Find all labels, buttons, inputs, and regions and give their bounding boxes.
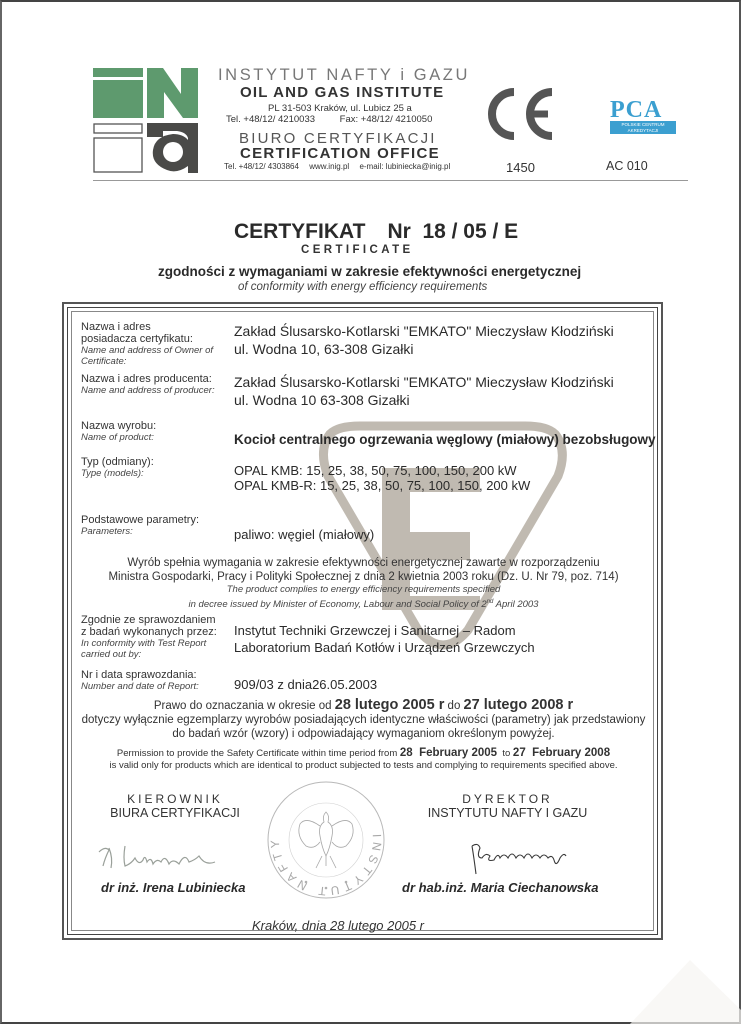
producer-address: ul. Wodna 10 63-308 Gizałki — [234, 391, 614, 409]
product-label-pl: Nazwa wyrobu: — [81, 420, 156, 432]
validity-scope-en: is valid only for products which are ide… — [66, 760, 661, 772]
signature-lubiniecka — [95, 838, 230, 876]
certificate-title: CERTYFIKATNr 18 / 05 / E — [234, 220, 518, 244]
validity-mid-en: to — [497, 748, 513, 759]
signatory-right-title-2: INSTYTUTU NAFTY I GAZU — [420, 806, 595, 820]
notified-body-number: 1450 — [506, 160, 535, 175]
owner-label-pl-1: Nazwa i adres — [81, 321, 213, 333]
conformity-statement-en: of conformity with energy efficiency req… — [238, 281, 487, 293]
institute-phone: Tel. +48/12/ 4210033 — [226, 114, 315, 125]
email-link[interactable]: e-mail: lubiniecka@inig.pl — [359, 162, 450, 171]
validity-period-en: Permission to provide the Safety Certifi… — [66, 747, 661, 760]
test-lab-label-pl-1: Zgodnie ze sprawozdaniem — [81, 614, 217, 626]
place-and-date: Kraków, dnia 28 lutego 2005 r — [252, 918, 424, 933]
parameters-label-en: Parameters: — [81, 526, 199, 537]
report-label-pl: Nr i data sprawozdania: — [81, 669, 199, 681]
institute-name-pl: INSTYTUT NAFTY i GAZU — [218, 66, 470, 85]
institute-fax: Fax: +48/12/ 4210050 — [340, 114, 433, 125]
decree-en-line-2: in decree issued by Minister of Economy,… — [66, 596, 661, 611]
validity-mid-pl: do — [444, 700, 463, 712]
ce-mark-icon — [484, 86, 556, 142]
signatory-right-title-1: DYREKTOR — [420, 792, 595, 806]
model-opal-kmb-r: OPAL KMB-R: 15, 25, 38, 50, 75, 100, 150… — [234, 478, 530, 493]
owner-address: ul. Wodna 10, 63-308 Gizałki — [234, 340, 614, 358]
certificate-heading: CERTYFIKAT — [234, 220, 365, 243]
signatory-left-name: dr inż. Irena Lubiniecka — [101, 880, 245, 895]
validity-statement-pl: Prawo do oznaczania w okresie od 28 lute… — [66, 698, 661, 741]
office-name-en: CERTIFICATION OFFICE — [240, 145, 440, 162]
parameters-label: Podstawowe parametry: Parameters: — [81, 514, 199, 537]
decree-statement: Wyrób spełnia wymagania w zakresie efekt… — [66, 556, 661, 611]
svg-text:INSTYTUT NAFTY I GAZU: INSTYTUT NAFTY I GAZU — [266, 780, 384, 898]
report-label-en: Number and date of Report: — [81, 681, 199, 692]
valid-from-en: 28 February 2005 — [400, 747, 497, 759]
owner-value: Zakład Ślusarsko-Kotlarski "EMKATO" Miec… — [234, 322, 614, 358]
decree-en-date: April 2003 — [493, 599, 538, 610]
owner-label-en-2: Certificate: — [81, 356, 213, 367]
owner-label-pl-2: posiadacza certyfikatu: — [81, 333, 213, 345]
decree-en-text: in decree issued by Minister of Economy,… — [189, 599, 487, 610]
validity-prefix-pl: Prawo do oznaczania w okresie od — [154, 700, 335, 712]
producer-label-en: Name and address of producer: — [81, 385, 215, 396]
valid-to-en: 27 February 2008 — [513, 747, 610, 759]
valid-from-pl: 28 lutego 2005 r — [335, 697, 445, 713]
validity-period-pl: Prawo do oznaczania w okresie od 28 lute… — [66, 698, 661, 713]
signatory-right-name: dr hab.inż. Maria Ciechanowska — [402, 880, 599, 895]
office-contact: Tel. +48/12/ 4303864 www.inig.pl e-mail:… — [224, 162, 450, 171]
signatory-left-title: KIEROWNIK BIURA CERTYFIKACJI — [105, 792, 245, 820]
validity-scope-pl-1: dotyczy wyłącznie egzemplarzy wyrobów po… — [66, 713, 661, 727]
owner-name: Zakład Ślusarsko-Kotlarski "EMKATO" Miec… — [234, 322, 614, 340]
type-label-pl: Typ (odmiany): — [81, 456, 154, 468]
report-label: Nr i data sprawozdania: Number and date … — [81, 669, 199, 692]
website-link[interactable]: www.inig.pl — [309, 162, 349, 171]
product-label-en: Name of product: — [81, 432, 156, 443]
decree-pl-line-1: Wyrób spełnia wymagania w zakresie efekt… — [66, 556, 661, 570]
signatory-right-title: DYREKTOR INSTYTUTU NAFTY I GAZU — [420, 792, 595, 820]
validity-prefix-en: Permission to provide the Safety Certifi… — [117, 748, 400, 759]
model-opal-kmb: OPAL KMB: 15, 25, 38, 50, 75, 100, 150, … — [234, 463, 530, 478]
valid-to-pl: 27 lutego 2008 r — [464, 697, 574, 713]
test-lab-laboratory: Laboratorium Badań Kotłów i Urządzeń Grz… — [234, 639, 535, 656]
decree-pl-line-2: Ministra Gospodarki, Pracy i Polityki Sp… — [66, 570, 661, 584]
product-label: Nazwa wyrobu: Name of product: — [81, 420, 156, 443]
decree-en-line-1: The product complies to energy efficienc… — [66, 584, 661, 596]
inig-logo — [93, 68, 198, 173]
test-lab-label-en-2: carried out by: — [81, 649, 217, 660]
institute-address: PL 31-503 Kraków, ul. Lubicz 25 a — [268, 103, 412, 114]
conformity-statement-pl: zgodności z wymaganiami w zakresie efekt… — [158, 264, 581, 279]
parameters-value: paliwo: węgiel (miałowy) — [234, 527, 374, 542]
institute-name-en: OIL AND GAS INSTITUTE — [240, 84, 444, 101]
header-divider — [93, 180, 688, 181]
signature-ciechanowska — [468, 838, 573, 878]
institute-seal-icon: INSTYTUT NAFTY I GAZU — [266, 780, 386, 900]
test-lab-label: Zgodnie ze sprawozdaniem z badań wykonan… — [81, 614, 217, 660]
test-lab-institute: Instytut Techniki Grzewczej i Sanitarnej… — [234, 622, 535, 639]
report-number-date: 909/03 z dnia26.05.2003 — [234, 677, 377, 692]
producer-name: Zakład Ślusarsko-Kotlarski "EMKATO" Miec… — [234, 373, 614, 391]
owner-label: Nazwa i adres posiadacza certyfikatu: Na… — [81, 321, 213, 367]
accreditation-number: AC 010 — [606, 159, 648, 173]
type-label-en: Type (models): — [81, 468, 154, 479]
producer-label: Nazwa i adres producenta: Name and addre… — [81, 373, 215, 396]
pca-logo-sub2: AKREDYTACJI — [610, 128, 676, 134]
producer-value: Zakład Ślusarsko-Kotlarski "EMKATO" Miec… — [234, 373, 614, 409]
seal-text: INSTYTUT NAFTY I GAZU — [266, 780, 384, 898]
validity-scope-pl-2: do badań wzór (wzory) i odpowiadający wy… — [66, 727, 661, 741]
pca-accreditation-logo: PCA POLSKIE CENTRUM AKREDYTACJI — [610, 99, 678, 139]
test-lab-label-pl-2: z badań wykonanych przez: — [81, 626, 217, 638]
parameters-label-pl: Podstawowe parametry: — [81, 514, 199, 526]
test-lab-value: Instytut Techniki Grzewczej i Sanitarnej… — [234, 622, 535, 656]
signatory-left-title-1: KIEROWNIK — [105, 792, 245, 806]
producer-label-pl: Nazwa i adres producenta: — [81, 373, 215, 385]
office-phone: Tel. +48/12/ 4303864 — [224, 162, 299, 171]
signatory-left-title-2: BIURA CERTYFIKACJI — [105, 806, 245, 820]
pca-logo-text: PCA — [610, 99, 678, 121]
owner-label-en-1: Name and address of Owner of — [81, 345, 213, 356]
type-models: OPAL KMB: 15, 25, 38, 50, 75, 100, 150, … — [234, 463, 530, 493]
test-lab-label-en-1: In conformity with Test Report — [81, 638, 217, 649]
certificate-number: Nr 18 / 05 / E — [387, 220, 518, 243]
product-name: Kocioł centralnego ogrzewania węglowy (m… — [234, 432, 656, 447]
type-label: Typ (odmiany): Type (models): — [81, 456, 154, 479]
institute-phone-fax: Tel. +48/12/ 4210033 Fax: +48/12/ 421005… — [226, 114, 432, 125]
certificate-heading-en: CERTIFICATE — [301, 244, 414, 256]
validity-statement-en: Permission to provide the Safety Certifi… — [66, 747, 661, 772]
